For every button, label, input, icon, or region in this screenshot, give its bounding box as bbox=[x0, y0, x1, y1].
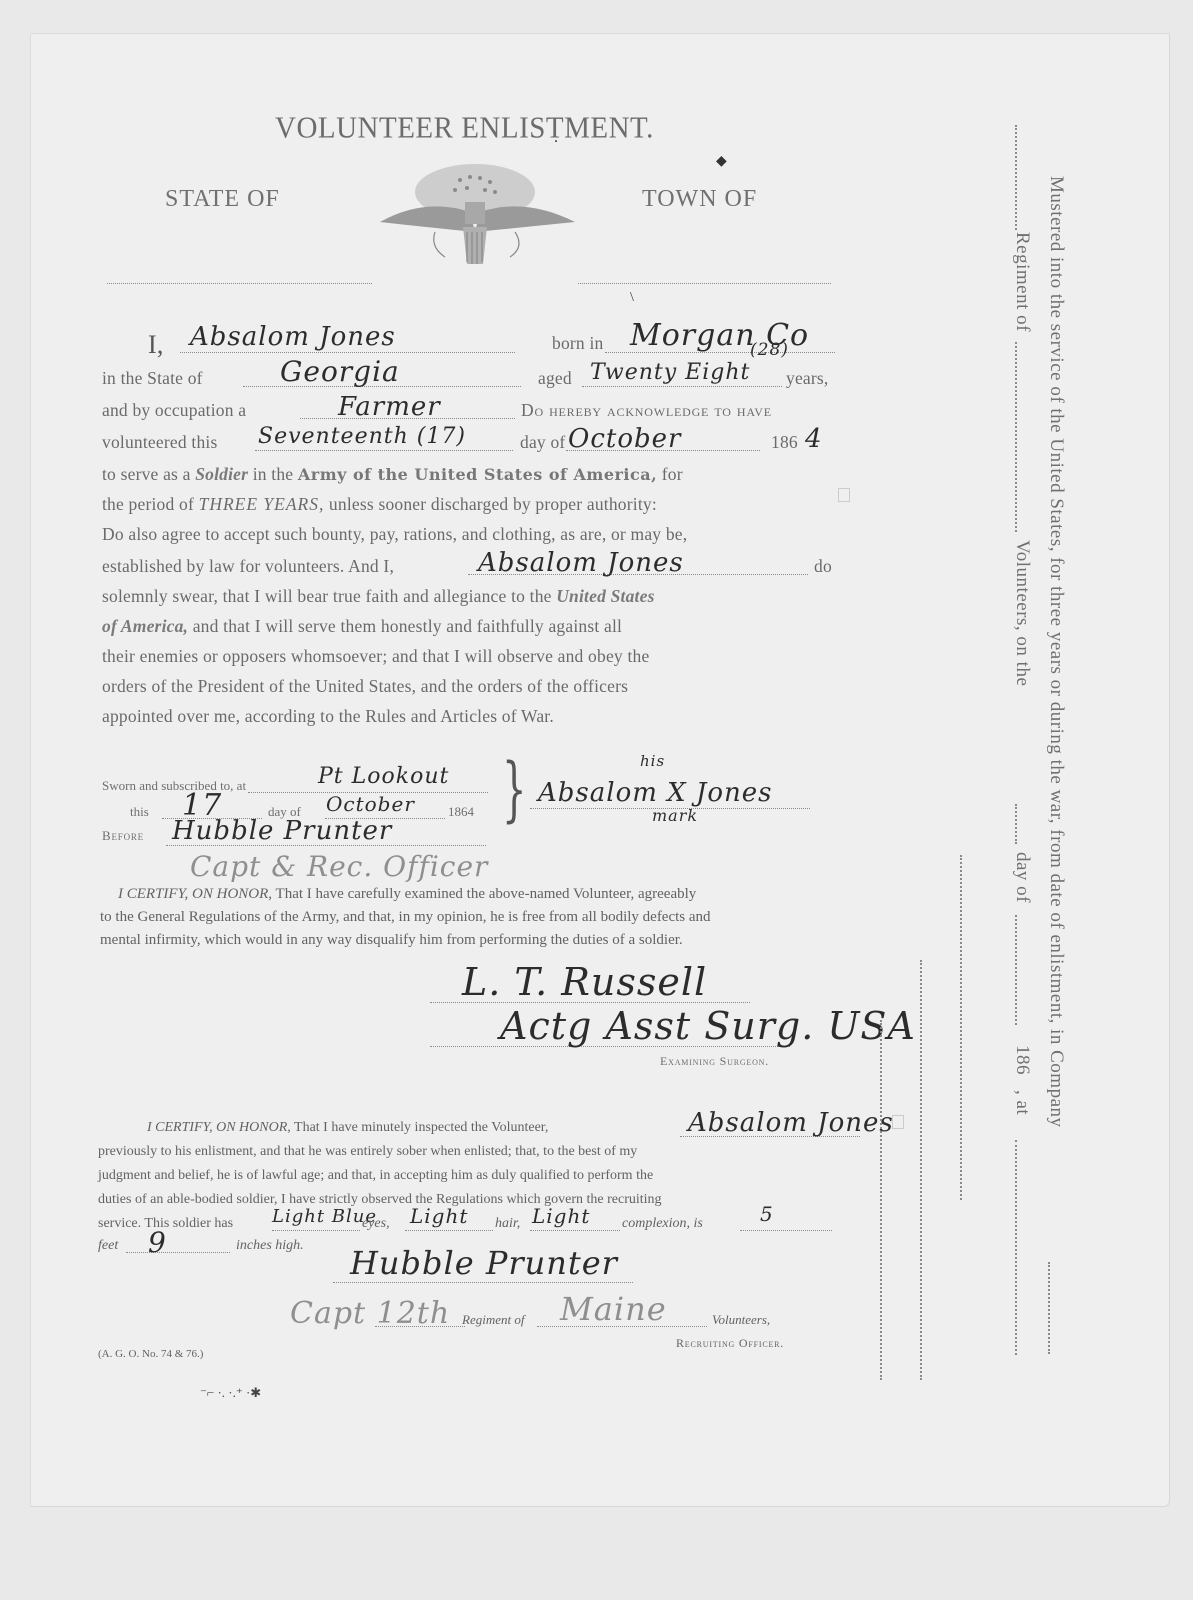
sworn-month-field[interactable]: October bbox=[326, 792, 415, 816]
form-title: VOLUNTEER ENLISTMENT. bbox=[275, 111, 654, 146]
birth-state-field[interactable]: Georgia bbox=[280, 355, 400, 388]
brace: } bbox=[502, 748, 527, 830]
volunteers-label: Volunteers, bbox=[712, 1312, 770, 1328]
hair-label: hair, bbox=[495, 1216, 520, 1232]
state-of-label: STATE OF bbox=[165, 186, 280, 213]
inches-label: inches high. bbox=[236, 1238, 304, 1254]
examining-surgeon-label: Examining Surgeon. bbox=[660, 1054, 769, 1069]
oath-i: I, bbox=[148, 330, 164, 360]
surgeon-cert-line1: I CERTIFY, ON HONOR, That I have careful… bbox=[118, 886, 696, 903]
muster-place-field[interactable] bbox=[1015, 1140, 1017, 1355]
mark-label: mark bbox=[652, 806, 698, 825]
muster-regiment-field[interactable] bbox=[1015, 342, 1017, 532]
sworn-place-field[interactable]: Pt Lookout bbox=[318, 764, 449, 789]
enlist-year-digit[interactable]: 4 bbox=[805, 424, 823, 454]
surgeon-signature-field[interactable]: L. T. Russell bbox=[462, 960, 707, 1004]
officer-title-handwriting: Capt & Rec. Officer bbox=[190, 850, 488, 883]
town-of-label: TOWN OF bbox=[642, 186, 757, 213]
muster-day-of-label: day of bbox=[1011, 852, 1033, 903]
years-label: years, bbox=[786, 368, 829, 389]
ago-order-reference: (A. G. O. No. 74 & 76.) bbox=[98, 1348, 203, 1360]
height-inches-field[interactable]: 9 bbox=[148, 1226, 167, 1259]
oath-line9: solemnly swear, that I will bear true fa… bbox=[102, 586, 655, 607]
ink-speck: \ bbox=[630, 290, 634, 306]
eyes-label: eyes, bbox=[362, 1216, 390, 1232]
oath-line8: established by law for volunteers. And I… bbox=[102, 556, 394, 577]
muster-regiment-label: Regiment of bbox=[1011, 232, 1033, 332]
oath-line10: of America, and that I will serve them h… bbox=[102, 616, 622, 637]
volunteer-name-field[interactable]: Absalom Jones bbox=[190, 322, 396, 352]
town-of-field[interactable] bbox=[578, 283, 831, 284]
sworn-year: 1864 bbox=[448, 804, 474, 820]
enlist-month-field[interactable]: October bbox=[568, 424, 681, 454]
surgeon-cert-line3: mental infirmity, which would in any way… bbox=[100, 932, 683, 949]
muster-day-field[interactable] bbox=[1015, 804, 1017, 844]
regiment-state-field[interactable]: Maine bbox=[560, 1290, 667, 1328]
sworn-before-field[interactable]: Hubble Prunter bbox=[172, 816, 392, 846]
hair-field[interactable]: Light bbox=[410, 1204, 468, 1228]
ink-smudge: ⁻⌐ ·. ·.⁺ ·✱ bbox=[200, 1385, 261, 1401]
feet-label: feet bbox=[98, 1238, 118, 1254]
oath-line11: their enemies or opposers whomsoever; an… bbox=[102, 646, 649, 667]
occupation-field[interactable]: Farmer bbox=[338, 392, 441, 422]
muster-at-label: , at bbox=[1011, 1090, 1033, 1115]
muster-statement: Mustered into the service of the United … bbox=[1045, 176, 1067, 1128]
ink-speck: ˙ bbox=[553, 136, 559, 157]
muster-line bbox=[920, 960, 922, 1380]
officer-cert-line3: judgment and belief, he is of lawful age… bbox=[98, 1168, 653, 1184]
surgeon-cert-line2: to the General Regulations of the Army, … bbox=[100, 909, 711, 926]
oath-line12: orders of the President of the United St… bbox=[102, 676, 628, 697]
regiment-of-label: Regiment of bbox=[462, 1312, 524, 1328]
complexion-field[interactable]: Light bbox=[532, 1204, 590, 1228]
enlistment-form-page bbox=[30, 33, 1170, 1507]
this-label: this bbox=[130, 804, 149, 820]
sworn-at-label: Sworn and subscribed to, at bbox=[102, 778, 246, 794]
muster-company-field[interactable] bbox=[1048, 1262, 1050, 1354]
archive-mark-icon bbox=[892, 1115, 904, 1129]
occupation-label: and by occupation a bbox=[102, 400, 246, 421]
age-number: (28) bbox=[750, 340, 789, 360]
height-feet-field[interactable]: 5 bbox=[760, 1202, 774, 1226]
inspected-volunteer-field[interactable]: Absalom Jones bbox=[688, 1108, 894, 1138]
muster-year: 186 bbox=[1011, 1045, 1033, 1075]
oath-line13: appointed over me, according to the Rule… bbox=[102, 706, 554, 727]
eagle-emblem-icon bbox=[375, 152, 580, 272]
archive-mark-icon bbox=[838, 488, 850, 502]
do-label: do bbox=[814, 556, 832, 577]
officer-cert-line2: previously to his enlistment, and that h… bbox=[98, 1144, 637, 1160]
volunteer-signature-field[interactable]: Absalom X Jones bbox=[538, 778, 772, 808]
oath-line5: to serve as a Soldier in the Army of the… bbox=[102, 464, 683, 485]
surgeon-title-field[interactable]: Actg Asst Surg. USA bbox=[500, 1004, 916, 1048]
recruiting-officer-signature[interactable]: Hubble Prunter bbox=[350, 1244, 618, 1282]
aged-label: aged bbox=[538, 368, 572, 389]
muster-line bbox=[880, 1020, 882, 1380]
before-label: Before bbox=[102, 828, 144, 844]
year-prefix: 186 bbox=[771, 432, 798, 453]
sworn-volunteer-name-field[interactable]: Absalom Jones bbox=[478, 548, 684, 578]
day-of-label: day of bbox=[520, 432, 565, 453]
ink-speck: ◆ bbox=[716, 153, 727, 170]
acknowledge-text: Do hereby acknowledge to have bbox=[521, 400, 772, 421]
recruiting-officer-label: Recruiting Officer. bbox=[676, 1336, 784, 1351]
complexion-label: complexion, is bbox=[622, 1216, 703, 1232]
state-label: in the State of bbox=[102, 368, 203, 389]
muster-month-field[interactable] bbox=[1015, 915, 1017, 1025]
oath-line6: the period of THREE YEARS, unless sooner… bbox=[102, 494, 657, 515]
officer-cert-line1: I CERTIFY, ON HONOR, That I have minutel… bbox=[147, 1120, 548, 1136]
muster-volunteers-label: Volunteers, on the bbox=[1011, 540, 1033, 686]
muster-number-field[interactable] bbox=[1015, 125, 1017, 230]
mark-his: his bbox=[640, 752, 665, 770]
state-of-field[interactable] bbox=[107, 283, 372, 284]
muster-line bbox=[960, 855, 962, 1200]
age-field[interactable]: Twenty Eight bbox=[590, 360, 750, 385]
volunteered-label: volunteered this bbox=[102, 432, 217, 453]
oath-line7: Do also agree to accept such bounty, pay… bbox=[102, 524, 687, 545]
born-in-label: born in bbox=[552, 333, 603, 354]
enlist-day-field[interactable]: Seventeenth (17) bbox=[258, 424, 466, 449]
officer-rank-field[interactable]: Capt 12th bbox=[290, 1296, 450, 1331]
